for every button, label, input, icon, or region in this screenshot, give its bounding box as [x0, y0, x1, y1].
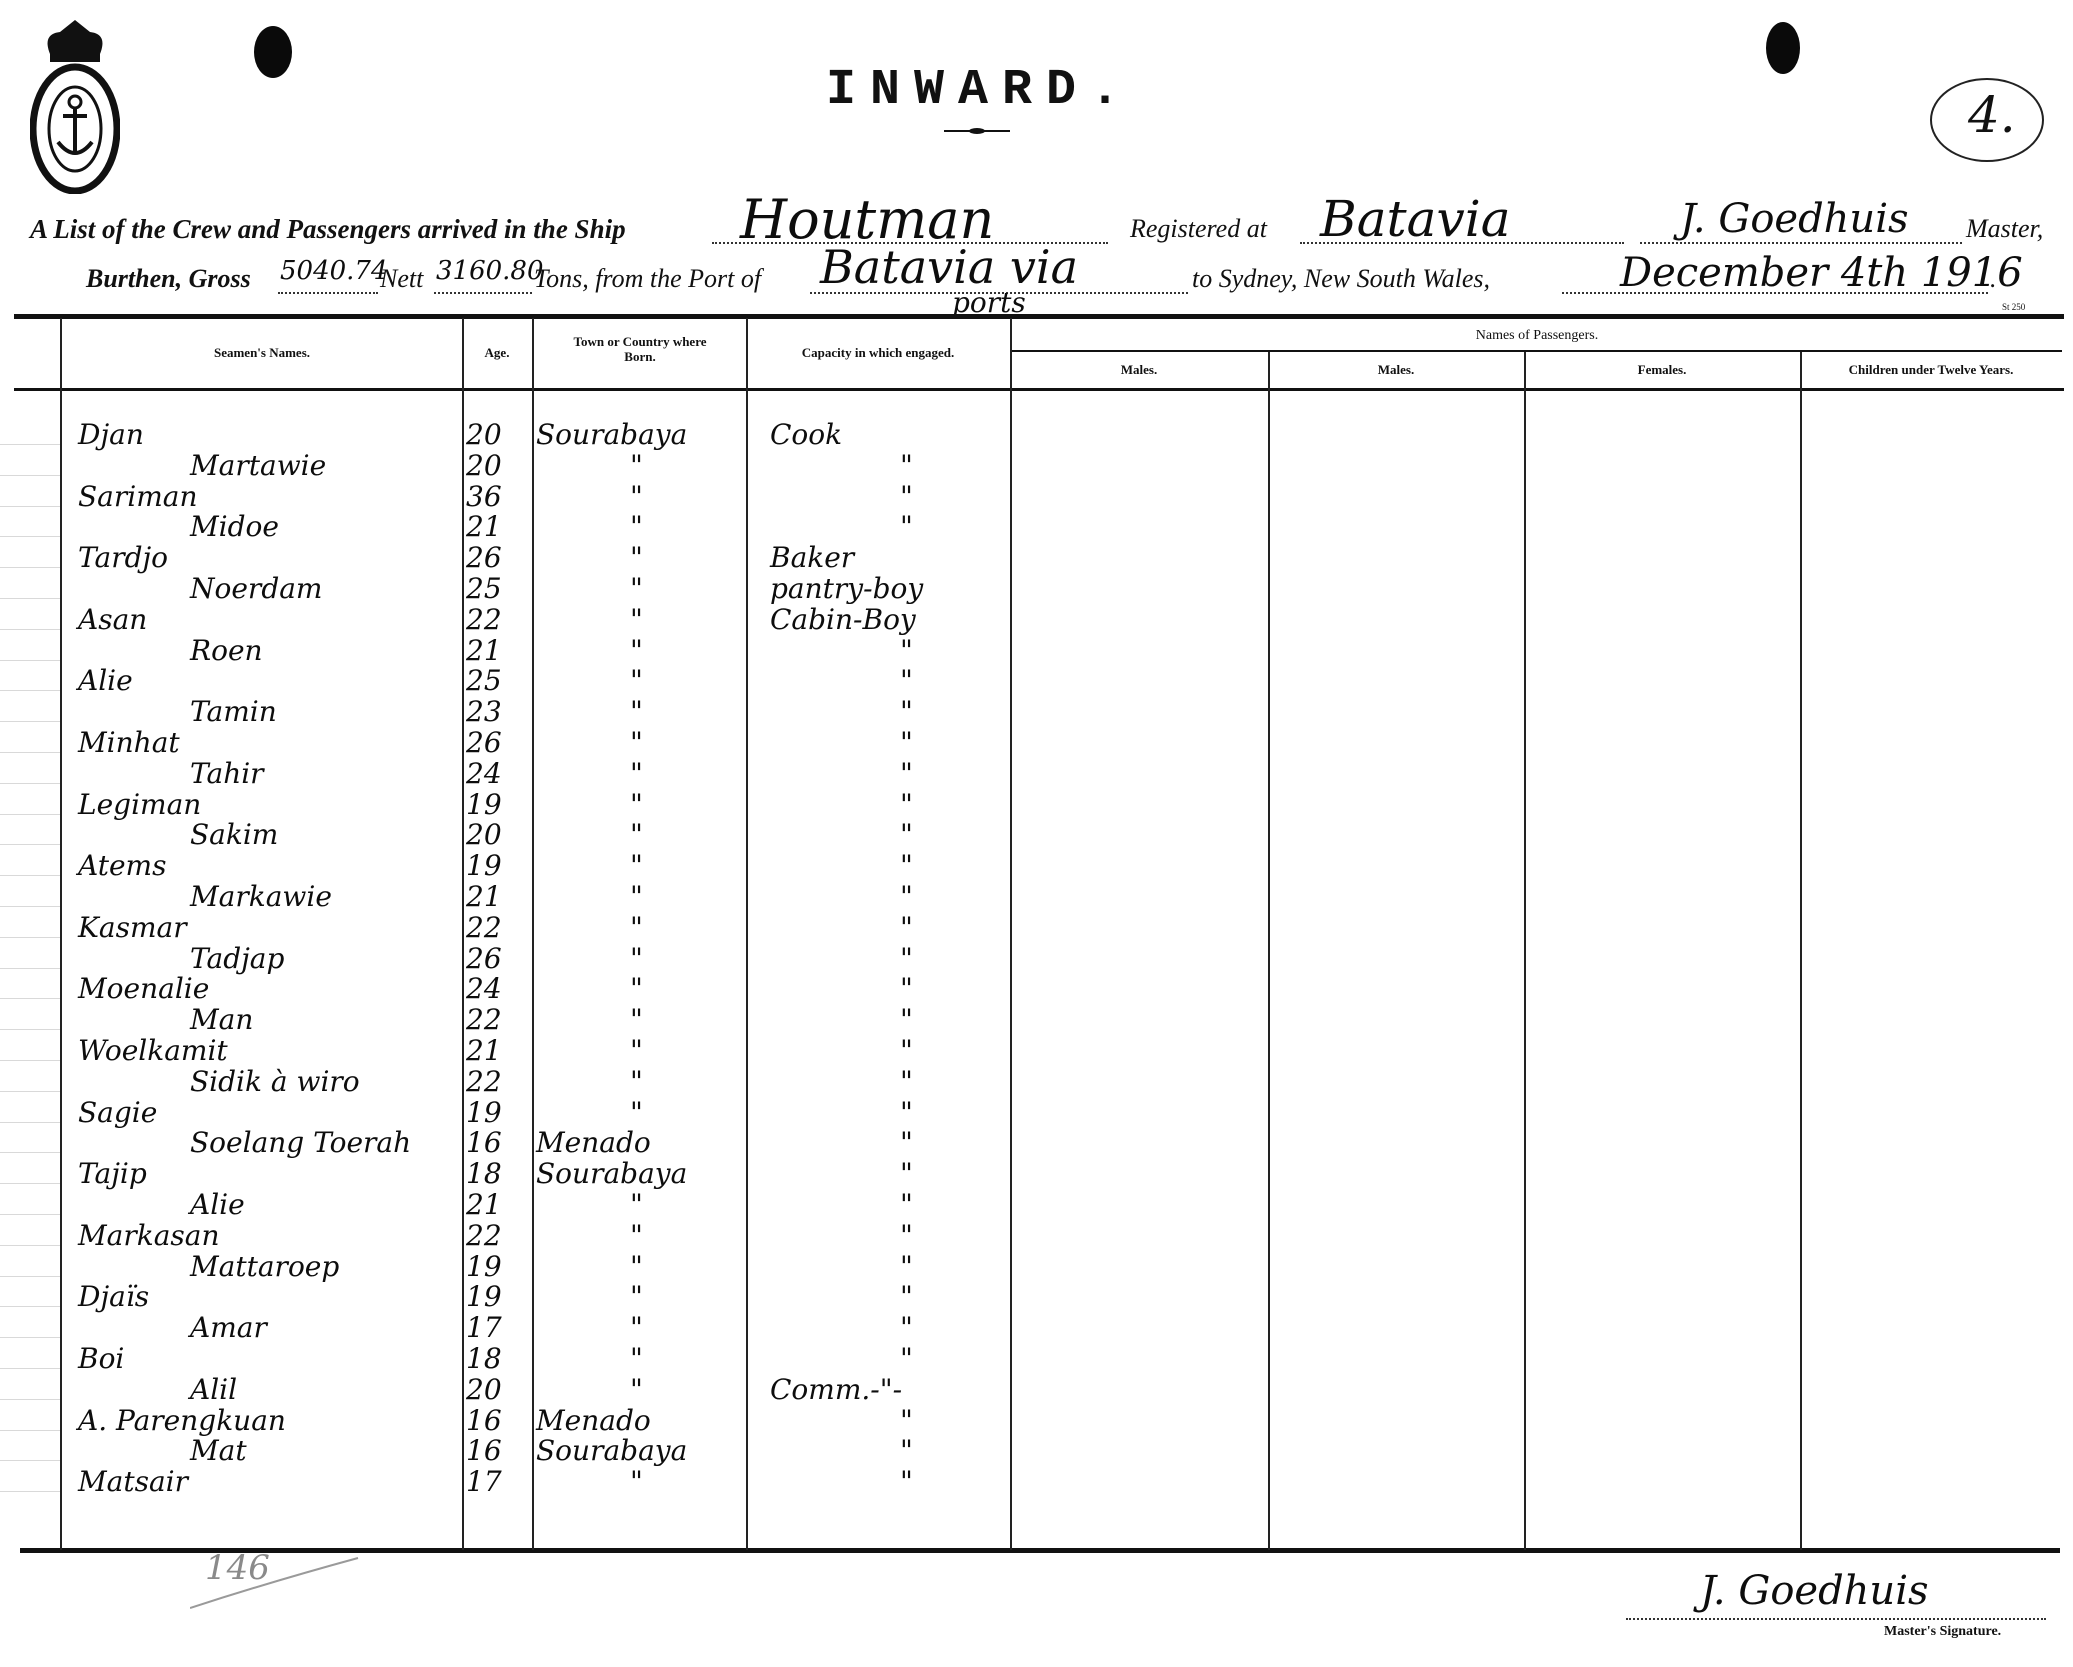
seaman-name: Sidik à wiro: [190, 1067, 360, 1097]
seaman-capacity: ": [900, 1252, 913, 1282]
seaman-age: 26: [466, 543, 502, 573]
seaman-capacity: ": [900, 759, 913, 789]
seaman-capacity: Comm.-"-: [770, 1375, 902, 1405]
row-guide-line: [0, 506, 60, 507]
form-code: St 250: [2002, 302, 2025, 312]
seaman-birthplace: ": [630, 574, 643, 604]
seaman-name: Roen: [190, 636, 263, 666]
seaman-age: 36: [466, 482, 502, 512]
seaman-birthplace: ": [630, 974, 643, 1004]
seaman-age: 20: [466, 420, 502, 450]
seaman-name: Markawie: [190, 882, 332, 912]
seaman-birthplace: ": [630, 882, 643, 912]
seaman-capacity: ": [900, 1190, 913, 1220]
anchor-crown-emblem-icon: [30, 14, 120, 194]
seaman-birthplace: ": [630, 1467, 643, 1497]
seaman-name: Djaïs: [78, 1282, 149, 1312]
seaman-age: 19: [466, 1252, 502, 1282]
seaman-name: Soelang Toerah: [190, 1128, 411, 1158]
header-seamens-names: Seamen's Names.: [62, 345, 462, 360]
nett-tonnage: 3160.80: [436, 256, 544, 286]
row-guide-line: [0, 1430, 60, 1431]
seaman-birthplace: ": [630, 1375, 643, 1405]
seaman-name: Asan: [78, 605, 147, 635]
seaman-name: Atems: [78, 851, 166, 881]
seaman-name: Kasmar: [78, 913, 187, 943]
line-end-period: .: [1990, 264, 1997, 294]
header-age: Age.: [462, 345, 532, 360]
row-guide-line: [0, 629, 60, 630]
seaman-birthplace: ": [630, 543, 643, 573]
seaman-capacity: ": [900, 1282, 913, 1312]
seaman-birthplace: ": [630, 851, 643, 881]
header-capacity: Capacity in which engaged.: [746, 345, 1010, 360]
seaman-age: 24: [466, 974, 502, 1004]
seaman-capacity: ": [900, 1159, 913, 1189]
form-intro-label: A List of the Crew and Passengers arrive…: [30, 214, 626, 245]
registered-at-label: Registered at: [1130, 214, 1267, 244]
row-guide-line: [0, 1460, 60, 1461]
page-number-circle: 4.: [1930, 78, 2044, 162]
seaman-capacity: ": [900, 1005, 913, 1035]
col-divider-born-capacity: [746, 318, 748, 1550]
seaman-age: 16: [466, 1128, 502, 1158]
seaman-birthplace: ": [630, 482, 643, 512]
col-divider-capacity-passengers: [1010, 318, 1012, 1550]
row-guide-line: [0, 783, 60, 784]
row-guide-line: [0, 444, 60, 445]
seaman-age: 16: [466, 1436, 502, 1466]
tons-from-port-label: Tons, from the Port of: [534, 264, 761, 294]
header-females: Females.: [1524, 362, 1800, 377]
seaman-capacity: ": [900, 482, 913, 512]
seaman-birthplace: ": [630, 697, 643, 727]
page-number: 4.: [1968, 86, 2016, 144]
seaman-birthplace: ": [630, 1344, 643, 1374]
seaman-capacity: ": [900, 1036, 913, 1066]
seaman-capacity: ": [900, 944, 913, 974]
row-guide-line: [0, 875, 60, 876]
seaman-age: 19: [466, 1282, 502, 1312]
seaman-age: 16: [466, 1406, 502, 1436]
registered-at-port: Batavia: [1320, 190, 1511, 248]
seaman-age: 26: [466, 728, 502, 758]
seaman-birthplace: ": [630, 1221, 643, 1251]
arrival-date: December 4th 1916: [1620, 250, 2023, 296]
seaman-birthplace: Sourabaya: [536, 1159, 687, 1189]
seaman-birthplace: Menado: [536, 1128, 651, 1158]
seaman-capacity: Baker: [770, 543, 854, 573]
row-guide-line: [0, 1337, 60, 1338]
master-label: Master,: [1966, 214, 2043, 244]
seaman-name: Mattaroep: [190, 1252, 339, 1282]
seaman-age: 26: [466, 944, 502, 974]
seaman-capacity: ": [900, 820, 913, 850]
header-bottom-rule: [14, 388, 2064, 391]
header-town-born: Town or Country where Born.: [560, 334, 720, 364]
row-guide-line: [0, 475, 60, 476]
seaman-name: A. Parengkuan: [78, 1406, 286, 1436]
seaman-name: Midoe: [190, 512, 279, 542]
seaman-birthplace: Sourabaya: [536, 1436, 687, 1466]
burthen-label: Burthen, Gross: [86, 264, 251, 294]
seaman-birthplace: ": [630, 636, 643, 666]
master-name: J. Goedhuis: [1680, 196, 1909, 242]
seaman-capacity: ": [900, 1128, 913, 1158]
seaman-capacity: ": [900, 882, 913, 912]
row-guide-line: [0, 536, 60, 537]
seaman-birthplace: ": [630, 1282, 643, 1312]
seaman-name: Woelkamit: [78, 1036, 228, 1066]
col-divider-age-born: [532, 318, 534, 1550]
seaman-capacity: ": [900, 851, 913, 881]
header-males-2: Males.: [1268, 362, 1524, 377]
seaman-age: 21: [466, 512, 502, 542]
title-ornament-icon: [944, 128, 1010, 134]
seaman-capacity: Cabin-Boy: [770, 605, 916, 635]
row-guide-line: [0, 660, 60, 661]
header-children: Children under Twelve Years.: [1800, 362, 2062, 377]
row-guide-line: [0, 690, 60, 691]
seaman-name: Minhat: [78, 728, 180, 758]
seaman-capacity: ": [900, 974, 913, 1004]
seaman-capacity: ": [900, 1067, 913, 1097]
seaman-capacity: ": [900, 1406, 913, 1436]
passengers-sub-rule: [1012, 350, 2062, 352]
seaman-name: Alie: [78, 666, 133, 696]
seaman-birthplace: Sourabaya: [536, 420, 687, 450]
row-guide-line: [0, 844, 60, 845]
seaman-capacity: ": [900, 451, 913, 481]
header-males-1: Males.: [1010, 362, 1268, 377]
row-guide-line: [0, 721, 60, 722]
seaman-capacity: ": [900, 1098, 913, 1128]
signature-label: Master's Signature.: [1884, 1624, 2001, 1640]
master-name-field-line: [1640, 242, 1962, 244]
seaman-birthplace: ": [630, 1098, 643, 1128]
punch-hole-left: [254, 26, 292, 78]
row-guide-line: [0, 1183, 60, 1184]
col-divider-males-males: [1268, 352, 1270, 1550]
seaman-age: 18: [466, 1159, 502, 1189]
seaman-age: 24: [466, 759, 502, 789]
punch-hole-right: [1766, 22, 1800, 74]
seaman-birthplace: ": [630, 1252, 643, 1282]
seaman-name: Tamin: [190, 697, 277, 727]
seaman-age: 21: [466, 1190, 502, 1220]
master-signature: J. Goedhuis: [1700, 1568, 1929, 1614]
seaman-name: Markasan: [78, 1221, 220, 1251]
seaman-birthplace: ": [630, 728, 643, 758]
row-guide-line: [0, 1091, 60, 1092]
seaman-birthplace: ": [630, 790, 643, 820]
seaman-name: Noerdam: [190, 574, 322, 604]
seaman-age: 22: [466, 1005, 502, 1035]
seaman-capacity: ": [900, 1344, 913, 1374]
seaman-capacity: ": [900, 666, 913, 696]
seaman-name: Alil: [190, 1375, 237, 1405]
nett-label: Nett: [380, 264, 423, 294]
row-guide-line: [0, 998, 60, 999]
seaman-age: 19: [466, 1098, 502, 1128]
seaman-age: 17: [466, 1313, 502, 1343]
seaman-capacity: ": [900, 636, 913, 666]
col-divider-males-females: [1524, 352, 1526, 1550]
row-guide-line: [0, 1060, 60, 1061]
seaman-age: 21: [466, 882, 502, 912]
seaman-birthplace: ": [630, 605, 643, 635]
seaman-age: 20: [466, 1375, 502, 1405]
seaman-name: Sakim: [190, 820, 278, 850]
gross-field-line: [278, 292, 378, 294]
seaman-age: 19: [466, 790, 502, 820]
seaman-birthplace: ": [630, 820, 643, 850]
destination-label: to Sydney, New South Wales,: [1192, 264, 1490, 294]
seaman-age: 22: [466, 1067, 502, 1097]
seaman-capacity: ": [900, 697, 913, 727]
seaman-age: 23: [466, 697, 502, 727]
seaman-birthplace: ": [630, 944, 643, 974]
row-guide-line: [0, 937, 60, 938]
row-guide-line: [0, 1152, 60, 1153]
seaman-age: 22: [466, 1221, 502, 1251]
row-guide-line: [0, 814, 60, 815]
seaman-capacity: ": [900, 512, 913, 542]
seaman-name: Boi: [78, 1344, 124, 1374]
seaman-capacity: ": [900, 1436, 913, 1466]
seaman-birthplace: ": [630, 1036, 643, 1066]
seaman-birthplace: ": [630, 1190, 643, 1220]
table-top-rule: [14, 314, 2064, 319]
col-divider-names-age: [462, 318, 464, 1550]
port-of-departure: Batavia via: [820, 240, 1078, 294]
row-guide-line: [0, 598, 60, 599]
seaman-age: 25: [466, 666, 502, 696]
row-guide-line: [0, 1214, 60, 1215]
seaman-capacity: ": [900, 790, 913, 820]
header-passenger-names: Names of Passengers.: [1012, 328, 2062, 343]
row-guide-line: [0, 1029, 60, 1030]
seaman-name: Mat: [190, 1436, 247, 1466]
seaman-name: Alie: [190, 1190, 245, 1220]
seaman-name: Sariman: [78, 482, 198, 512]
nett-field-line: [434, 292, 532, 294]
seaman-capacity: ": [900, 1221, 913, 1251]
seaman-age: 21: [466, 636, 502, 666]
seaman-capacity: Cook: [770, 420, 842, 450]
col-divider-left: [60, 318, 62, 1550]
col-divider-females-children: [1800, 352, 1802, 1550]
seaman-name: Tahir: [190, 759, 264, 789]
seaman-name: Martawie: [190, 451, 326, 481]
seaman-capacity: ": [900, 913, 913, 943]
seaman-birthplace: ": [630, 666, 643, 696]
seaman-capacity: ": [900, 1313, 913, 1343]
seaman-capacity: pantry-boy: [770, 574, 923, 604]
seaman-name: Legiman: [78, 790, 201, 820]
shipping-masters-emblem: [30, 14, 120, 194]
seaman-age: 19: [466, 851, 502, 881]
seaman-age: 25: [466, 574, 502, 604]
seaman-age: 22: [466, 605, 502, 635]
seaman-age: 22: [466, 913, 502, 943]
signature-line: [1626, 1618, 2046, 1620]
seaman-name: Moenalie: [78, 974, 209, 1004]
seaman-birthplace: Menado: [536, 1406, 651, 1436]
row-guide-line: [0, 1399, 60, 1400]
row-guide-line: [0, 1368, 60, 1369]
seaman-capacity: ": [900, 728, 913, 758]
seaman-birthplace: ": [630, 1067, 643, 1097]
seaman-name: Tadjap: [190, 944, 284, 974]
seaman-name: Sagie: [78, 1098, 157, 1128]
seaman-age: 21: [466, 1036, 502, 1066]
seaman-age: 20: [466, 451, 502, 481]
row-guide-line: [0, 1491, 60, 1492]
page-title: INWARD.: [826, 62, 1134, 119]
seaman-name: Amar: [190, 1313, 267, 1343]
seaman-birthplace: ": [630, 451, 643, 481]
row-guide-line: [0, 1245, 60, 1246]
gross-tonnage: 5040.74: [280, 256, 388, 286]
seaman-birthplace: ": [630, 759, 643, 789]
seaman-name: Man: [190, 1005, 253, 1035]
seaman-capacity: ": [900, 1467, 913, 1497]
row-guide-line: [0, 752, 60, 753]
seaman-birthplace: ": [630, 1313, 643, 1343]
seaman-birthplace: ": [630, 512, 643, 542]
seaman-name: Tardjo: [78, 543, 168, 573]
seaman-birthplace: ": [630, 1005, 643, 1035]
seaman-age: 20: [466, 820, 502, 850]
row-guide-line: [0, 1276, 60, 1277]
seaman-age: 18: [466, 1344, 502, 1374]
seaman-name: Tajip: [78, 1159, 147, 1189]
row-guide-line: [0, 567, 60, 568]
seaman-name: Djan: [78, 420, 144, 450]
row-guide-line: [0, 906, 60, 907]
seaman-name: Matsair: [78, 1467, 188, 1497]
seaman-birthplace: ": [630, 913, 643, 943]
pencil-stroke-icon: [190, 1552, 360, 1612]
row-guide-line: [0, 1122, 60, 1123]
seaman-age: 17: [466, 1467, 502, 1497]
row-guide-line: [0, 968, 60, 969]
row-guide-line: [0, 1306, 60, 1307]
